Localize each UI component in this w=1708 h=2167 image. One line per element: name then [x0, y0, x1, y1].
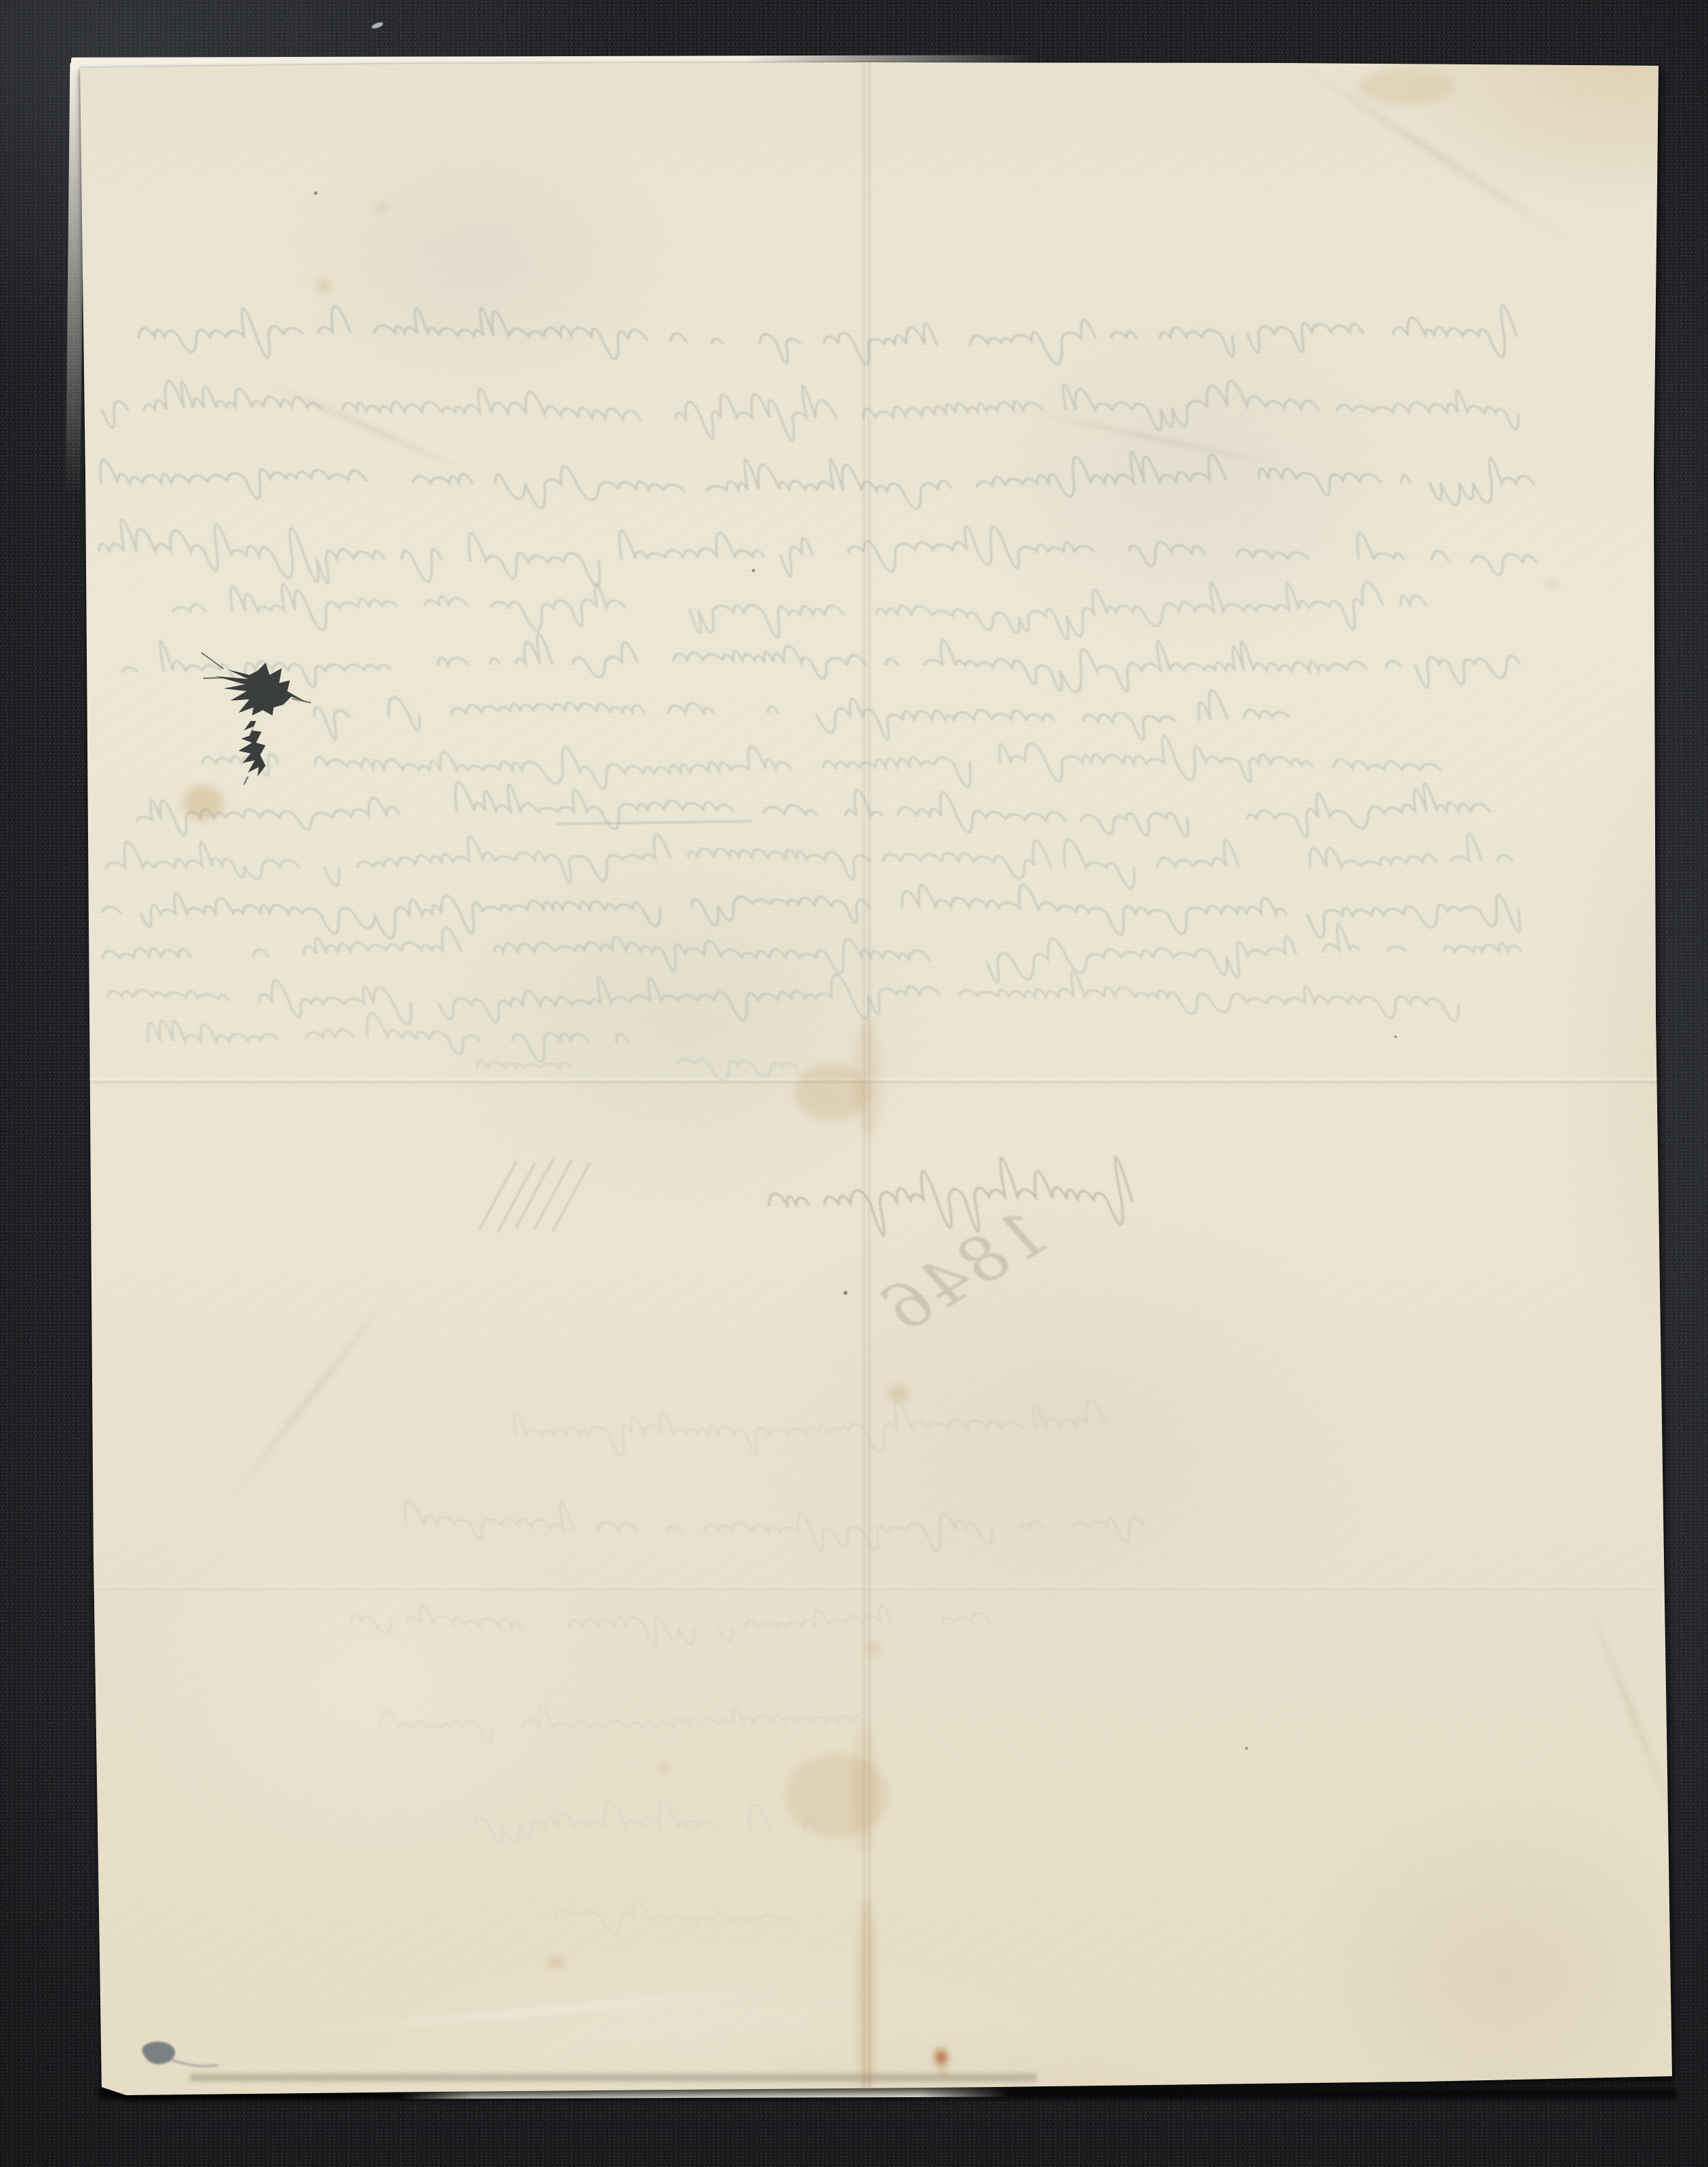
bleed-text-line — [93, 924, 1529, 983]
bleed-flourish-stroke — [498, 1164, 535, 1232]
bleed-signature-line — [757, 1157, 1141, 1236]
bleed-text-line — [348, 1605, 996, 1646]
bleed-text-line — [552, 1903, 796, 1934]
tan-stain — [183, 785, 224, 821]
bleed-flourish-stroke — [553, 1163, 589, 1231]
tan-stain — [377, 204, 386, 211]
tan-stain — [888, 1386, 909, 1402]
smudge-tail — [172, 2060, 218, 2066]
ink-blot-hairline — [244, 777, 248, 785]
ink-speck — [314, 192, 318, 195]
tan-stain — [1547, 581, 1556, 587]
ink-speck — [1394, 1035, 1397, 1038]
bleed-text-line — [469, 1800, 820, 1845]
tan-stain — [852, 1725, 877, 1853]
bleed-text-line — [98, 833, 1520, 888]
bleed-text-line — [142, 1013, 633, 1062]
ink-speck — [1245, 1747, 1248, 1750]
bleed-underline — [557, 821, 751, 824]
rust-stain — [940, 2069, 945, 2073]
stain-layer — [183, 69, 1556, 2101]
bleed-flourish-stroke — [480, 1161, 516, 1229]
bleed-text-line — [112, 633, 1526, 692]
bleed-text-line — [131, 305, 1524, 364]
tan-stain — [866, 1643, 881, 1655]
rust-stain — [936, 2050, 946, 2065]
bleed-text-line — [475, 1059, 799, 1079]
bleed-flourish-stroke — [535, 1161, 571, 1229]
bleed-text-line — [165, 582, 1435, 640]
bleed-text-line — [375, 1706, 869, 1741]
ink-blot-group — [201, 653, 311, 785]
ink-blot-hairline — [292, 699, 311, 703]
bleed-text-line — [93, 452, 1541, 509]
smudge-body — [142, 2042, 175, 2064]
bleed-text-line — [195, 735, 1445, 789]
bleed-text-line — [507, 1400, 1114, 1456]
bleed-text-line — [95, 381, 1524, 440]
tan-stain — [857, 1897, 876, 2101]
ink-speck — [752, 569, 755, 573]
ink-speck — [843, 1291, 848, 1295]
bleed-year-text: 1846 — [869, 1194, 1060, 1350]
bleed-text-line — [96, 884, 1526, 938]
tan-stain — [854, 1020, 881, 1135]
bleed-text-line — [127, 782, 1497, 838]
bleed-text-line — [91, 519, 1543, 586]
photo-canvas: 1846 — [0, 0, 1708, 2167]
ink-blot-hairline — [203, 678, 225, 678]
bleed-text-line — [400, 1501, 1150, 1551]
gray-ink-smudge — [142, 2042, 218, 2066]
ink-marks-layer: 1846 — [0, 0, 1708, 2167]
tan-stain — [1358, 69, 1453, 104]
bleed-flourish-stroke — [516, 1159, 553, 1227]
bleed-through-handwriting — [91, 305, 1543, 1934]
tan-stain — [659, 1764, 669, 1771]
bleed-text-line — [308, 690, 1295, 740]
paper-surface: 1846 — [0, 0, 1708, 2167]
letter-sheet: 1846 — [0, 0, 1708, 2167]
tan-stain — [547, 1958, 564, 1968]
ink-blot — [238, 721, 266, 777]
tan-stain — [317, 280, 331, 291]
bleed-text-line — [101, 971, 1463, 1024]
